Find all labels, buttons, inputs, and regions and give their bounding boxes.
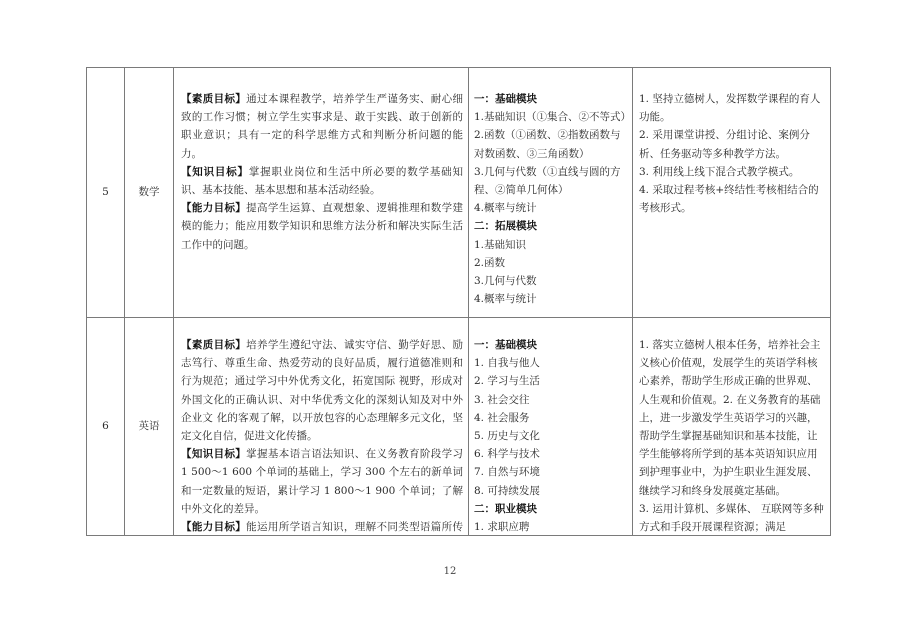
page-number: 12 bbox=[0, 566, 900, 577]
module-item: 3.几何与代数（①直线与圆的方程、②简单几何体） bbox=[474, 163, 628, 199]
module-item: 1.基础知识（①集合、②不等式） bbox=[474, 108, 628, 126]
module-item: 4.概率与统计 bbox=[474, 199, 628, 217]
course-name: 数学 bbox=[125, 68, 174, 318]
table-row-math: 5 数学 【素质目标】通过本课程教学，培养学生严谨务实、耐心细致的工作习惯；树立… bbox=[87, 68, 831, 318]
course-goals: 【素质目标】培养学生遵纪守法、诚实守信、勤学好思、励志笃行、尊重生命、热爱劳动的… bbox=[174, 318, 469, 536]
curriculum-table: 5 数学 【素质目标】通过本课程教学，培养学生严谨务实、耐心细致的工作习惯；树立… bbox=[86, 67, 831, 536]
method-item: 1. 坚持立德树人，发挥数学课程的育人功能。 bbox=[639, 90, 825, 126]
row-number: 6 bbox=[87, 318, 125, 536]
module-item: 2. 学习与生活 bbox=[474, 372, 628, 390]
module-heading: 二：拓展模块 bbox=[474, 217, 628, 235]
goal-label-ability: 【能力目标】 bbox=[181, 521, 246, 533]
module-item: 7. 自然与环境 bbox=[474, 463, 628, 481]
goal-label-ability: 【能力目标】 bbox=[181, 202, 246, 214]
method-item: 1. 落实立德树人根本任务，培养社会主义核心价值观，发展学生的英语学科核心素养，… bbox=[639, 336, 825, 500]
module-item: 5. 历史与文化 bbox=[474, 427, 628, 445]
method-item: 4. 采取过程考核+终结性考核相结合的考核形式。 bbox=[639, 181, 825, 217]
module-heading: 一：基础模块 bbox=[474, 336, 628, 354]
module-item: 1. 自我与他人 bbox=[474, 354, 628, 372]
module-item: 1.基础知识 bbox=[474, 236, 628, 254]
course-modules: 一：基础模块 1. 自我与他人 2. 学习与生活 3. 社会交往 4. 社会服务… bbox=[469, 318, 633, 536]
module-item: 6. 科学与技术 bbox=[474, 445, 628, 463]
module-item: 3. 社会交往 bbox=[474, 391, 628, 409]
method-item: 3. 利用线上线下混合式教学模式。 bbox=[639, 163, 825, 181]
module-item: 8. 可持续发展 bbox=[474, 482, 628, 500]
course-name: 英语 bbox=[125, 318, 174, 536]
module-item: 1. 求职应聘 bbox=[474, 518, 628, 535]
row-number: 5 bbox=[87, 68, 125, 318]
method-item: 3. 运用计算机、多媒体、 互联网等多种方式和手段开展课程资源；满足 bbox=[639, 500, 825, 535]
module-item: 4.概率与统计 bbox=[474, 290, 628, 308]
course-modules: 一：基础模块 1.基础知识（①集合、②不等式） 2.函数（①函数、②指数函数与对… bbox=[469, 68, 633, 318]
course-goals: 【素质目标】通过本课程教学，培养学生严谨务实、耐心细致的工作习惯；树立学生实事求… bbox=[174, 68, 469, 318]
module-item: 3.几何与代数 bbox=[474, 272, 628, 290]
method-item: 2. 采用课堂讲授、分组讨论、案例分析、任务驱动等多种教学方法。 bbox=[639, 126, 825, 162]
module-heading: 一：基础模块 bbox=[474, 90, 628, 108]
goal-label-quality: 【素质目标】 bbox=[181, 93, 246, 105]
goal-label-knowledge: 【知识目标】 bbox=[181, 166, 249, 178]
module-item: 2.函数（①函数、②指数函数与对数函数、③三角函数） bbox=[474, 126, 628, 162]
module-item: 4. 社会服务 bbox=[474, 409, 628, 427]
goal-label-knowledge: 【知识目标】 bbox=[181, 448, 246, 460]
table-row-english: 6 英语 【素质目标】培养学生遵纪守法、诚实守信、勤学好思、励志笃行、尊重生命、… bbox=[87, 318, 831, 536]
module-heading: 二：职业模块 bbox=[474, 500, 628, 518]
teaching-methods: 1. 坚持立德树人，发挥数学课程的育人功能。 2. 采用课堂讲授、分组讨论、案例… bbox=[633, 68, 831, 318]
teaching-methods: 1. 落实立德树人根本任务，培养社会主义核心价值观，发展学生的英语学科核心素养，… bbox=[633, 318, 831, 536]
goal-label-quality: 【素质目标】 bbox=[181, 339, 246, 351]
module-item: 2.函数 bbox=[474, 254, 628, 272]
goal-text-quality: 培养学生遵纪守法、诚实守信、勤学好思、励志笃行、尊重生命、热爱劳动的良好品质，履… bbox=[181, 339, 463, 442]
